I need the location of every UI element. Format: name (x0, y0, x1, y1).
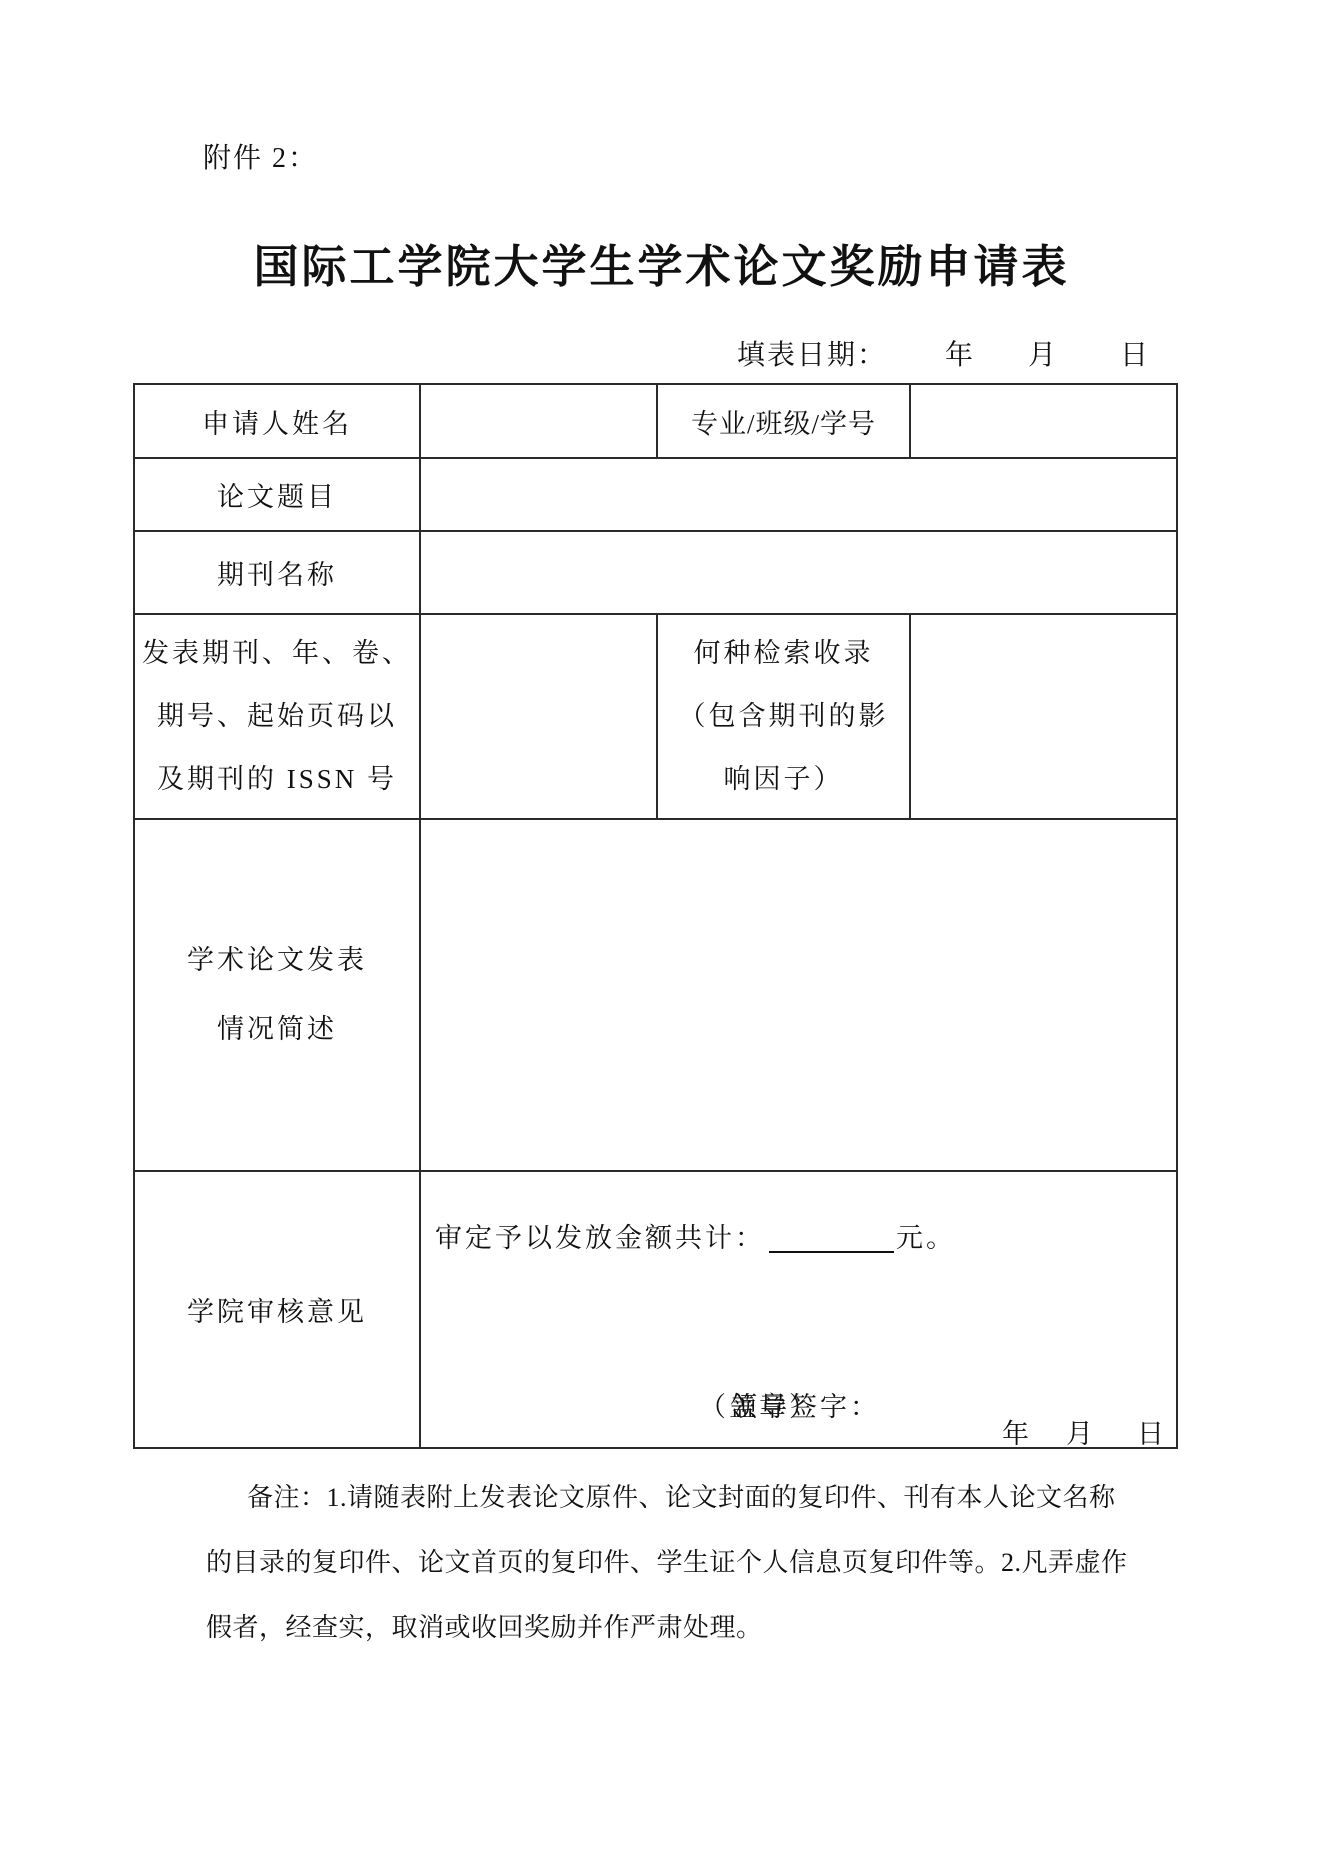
fill-date-month: 月 (1028, 333, 1056, 373)
journal-name-label: 期刊名称 (134, 531, 420, 614)
applicant-name-label: 申请人姓名 (134, 384, 420, 458)
review-date-year: 年 (1002, 1412, 1032, 1451)
journal-name-value-cell[interactable] (420, 531, 1177, 614)
review-signature-line: 领导签字： （盖章） (435, 1385, 1175, 1424)
review-date-month: 月 (1066, 1412, 1096, 1451)
index-info-label-line3: 响因子） (658, 748, 909, 811)
row-applicant: 申请人姓名 专业/班级/学号 (134, 384, 1177, 458)
index-info-label: 何种检索收录 （包含期刊的影 响因子） (657, 614, 910, 819)
paper-title-label: 论文题目 (134, 458, 420, 531)
applicant-name-value-cell[interactable] (420, 384, 657, 458)
major-class-id-label: 专业/班级/学号 (657, 384, 910, 458)
review-amount-line: 审定予以发放金额共计：元。 (435, 1216, 956, 1255)
index-info-label-line1: 何种检索收录 (658, 622, 909, 685)
review-amount-blank[interactable] (769, 1227, 894, 1253)
attachment-label: 附件 2： (203, 136, 318, 176)
row-journal-name: 期刊名称 (134, 531, 1177, 614)
summary-label-line2: 情况简述 (135, 995, 419, 1064)
row-summary: 学术论文发表 情况简述 (134, 819, 1177, 1171)
document-title: 国际工学院大学生学术论文奖励申请表 (0, 230, 1323, 295)
application-form-table: 申请人姓名 专业/班级/学号 论文题目 期刊名称 发表期刊、年、卷、 期号、起始… (133, 383, 1178, 1449)
note-line-3: 假者，经查实，取消或收回奖励并作严肃处理。 (206, 1595, 1166, 1660)
note-line-1: 备注：1.请随表附上发表论文原件、论文封面的复印件、刊有本人论文名称 (206, 1465, 1166, 1530)
fill-date-day: 日 (1120, 333, 1148, 373)
index-info-label-line2: （包含期刊的影 (658, 685, 909, 748)
review-date-day: 日 (1137, 1412, 1167, 1451)
row-publication-detail: 发表期刊、年、卷、 期号、起始页码以 及期刊的 ISSN 号 何种检索收录 （包… (134, 614, 1177, 819)
paper-title-value-cell[interactable] (420, 458, 1177, 531)
publication-detail-label-line1: 发表期刊、年、卷、 (135, 622, 419, 685)
publication-detail-label-line3: 及期刊的 ISSN 号 (135, 748, 419, 811)
document-page: 附件 2： 国际工学院大学生学术论文奖励申请表 填表日期： 年 月 日 申请人姓… (0, 0, 1323, 1871)
row-review: 学院审核意见 审定予以发放金额共计：元。 领导签字： （盖章） 年 月 日 (134, 1171, 1177, 1448)
major-class-id-value-cell[interactable] (910, 384, 1177, 458)
review-amount-suffix: 元。 (896, 1223, 956, 1253)
review-amount-prefix: 审定予以发放金额共计： (435, 1223, 765, 1253)
notes-block: 备注：1.请随表附上发表论文原件、论文封面的复印件、刊有本人论文名称 的目录的复… (206, 1465, 1166, 1660)
review-label: 学院审核意见 (134, 1171, 420, 1448)
summary-label: 学术论文发表 情况简述 (134, 819, 420, 1171)
publication-detail-value-cell[interactable] (420, 614, 657, 819)
fill-date-year: 年 (945, 333, 973, 373)
review-seal-label: （盖章） (699, 1385, 819, 1424)
review-value-cell[interactable]: 审定予以发放金额共计：元。 领导签字： （盖章） 年 月 日 (420, 1171, 1177, 1448)
fill-date-label: 填表日期： (737, 333, 887, 373)
row-paper-title: 论文题目 (134, 458, 1177, 531)
note-line-2: 的目录的复印件、论文首页的复印件、学生证个人信息页复印件等。2.凡弄虚作 (206, 1530, 1166, 1595)
summary-value-cell[interactable] (420, 819, 1177, 1171)
index-info-value-cell[interactable] (910, 614, 1177, 819)
publication-detail-label: 发表期刊、年、卷、 期号、起始页码以 及期刊的 ISSN 号 (134, 614, 420, 819)
summary-label-line1: 学术论文发表 (135, 926, 419, 995)
publication-detail-label-line2: 期号、起始页码以 (135, 685, 419, 748)
